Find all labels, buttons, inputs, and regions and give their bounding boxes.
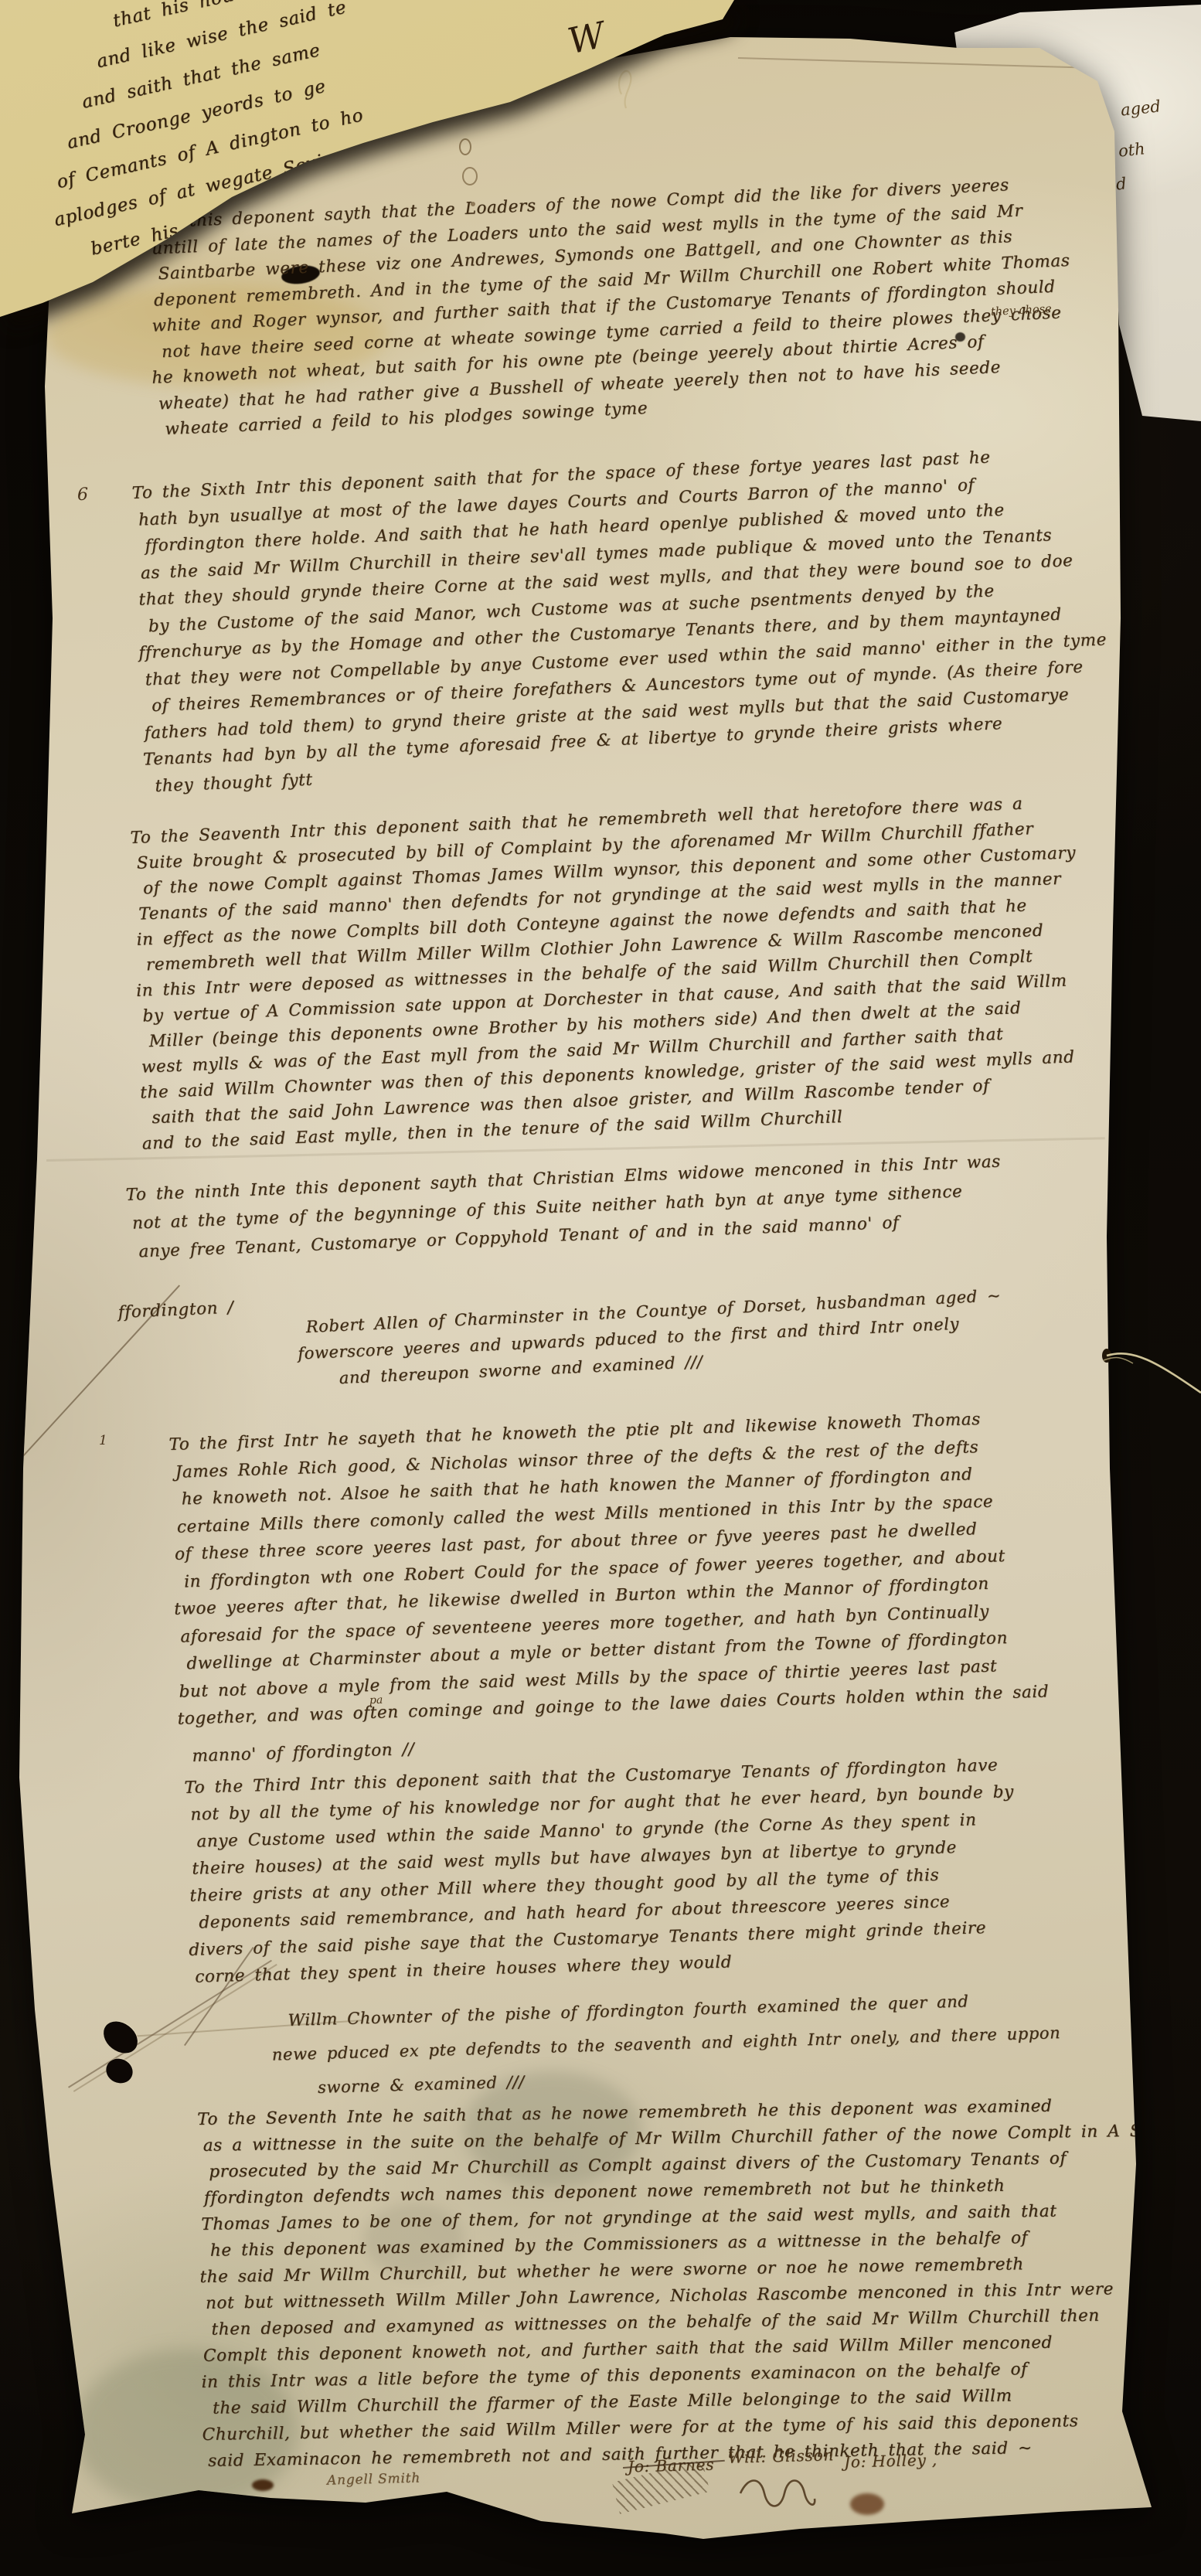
parchment-fragment: ken Compt ha the fothat his hou wise the…: [0, 0, 1201, 2576]
fragment-text: ken Compt ha the fothat his hou wise the…: [0, 0, 485, 277]
parchment-fragment-wrap: ken Compt ha the fothat his hou wise the…: [0, 0, 1201, 2576]
fragment-large-initial: W: [564, 14, 608, 63]
manuscript-photo: { "photo": { "background_color": "#0c090…: [0, 0, 1201, 2576]
